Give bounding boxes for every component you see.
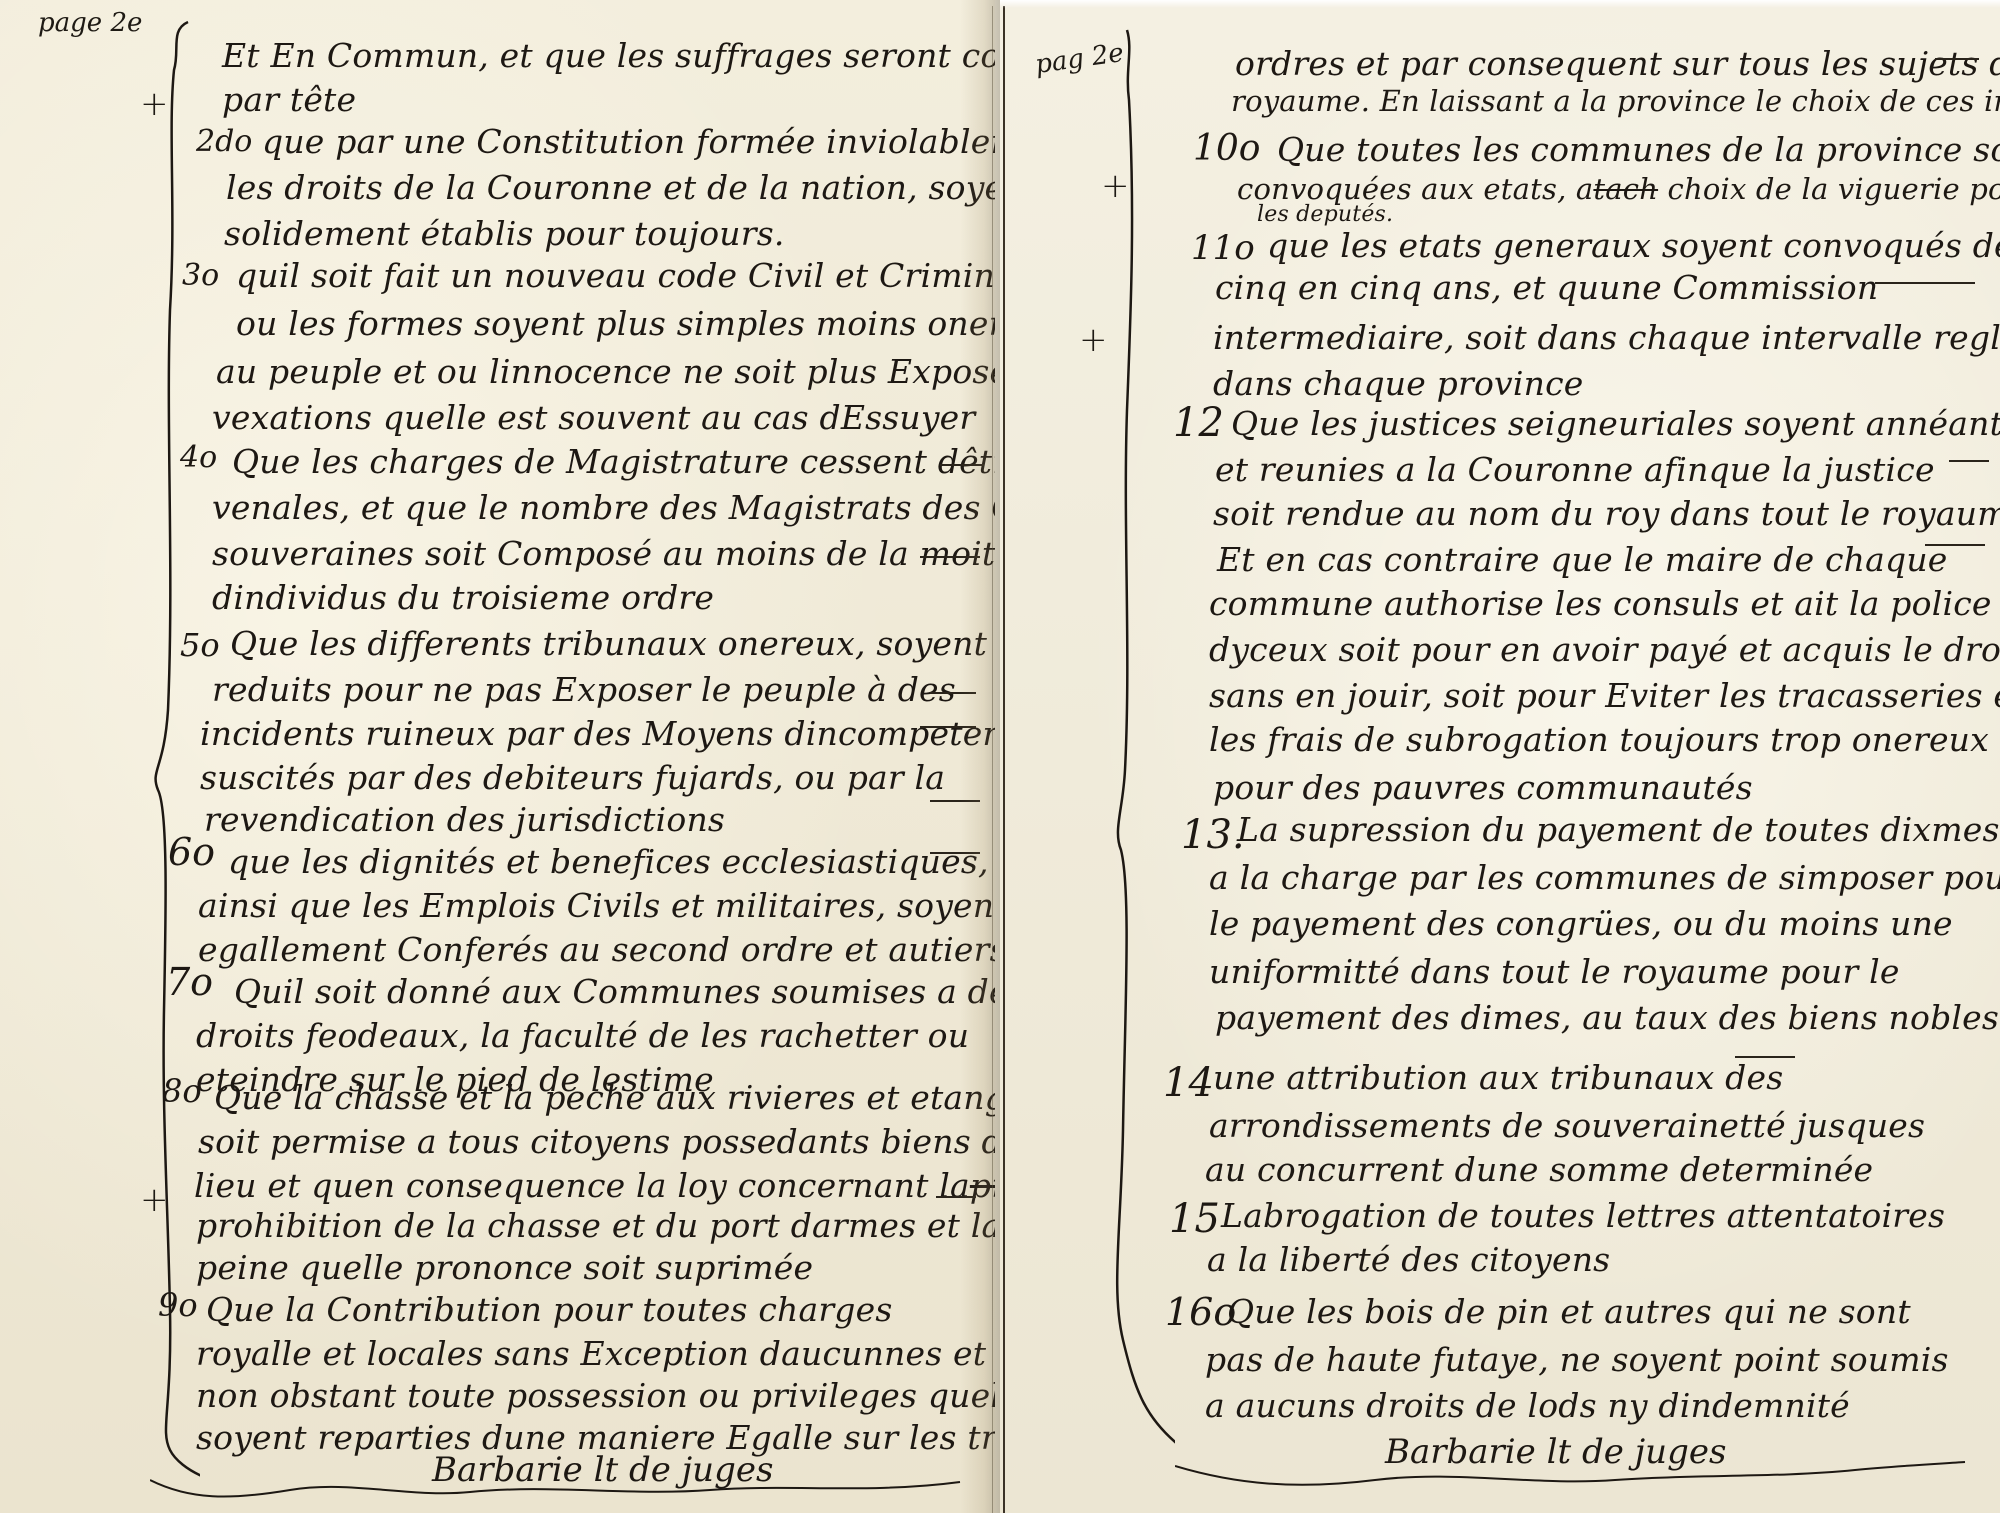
item-number: 14: [1163, 1060, 1214, 1106]
text-line: La supression du payement de toutes dixm…: [1237, 810, 2000, 849]
text-line: droits feodeaux, la faculté de les rache…: [196, 1016, 969, 1055]
text-line: Que les bois de pin et autres qui ne son…: [1227, 1292, 1911, 1331]
line-filler-dash: [1949, 460, 1989, 462]
text-line: Que la Contribution pour toutes charges: [206, 1290, 893, 1329]
text-line: convoquées aux etats, atach choix de la …: [1237, 172, 2000, 206]
text-line: suscités par des debiteurs fujards, ou p…: [200, 758, 945, 797]
signature-flourish-icon: [150, 1470, 970, 1510]
text-line: pas de haute futaye, ne soyent point sou…: [1205, 1340, 1949, 1379]
item-number: 16o: [1165, 1290, 1236, 1334]
item-number: 2do: [196, 124, 252, 159]
signature-flourish-icon: [1175, 1450, 1975, 1500]
margin-plus-mark: +: [1101, 166, 1130, 206]
text-line: a aucuns droits de lods ny dindemnité: [1205, 1386, 1850, 1425]
line-filler-dash: [1935, 58, 1979, 60]
paper-top-edge: [1000, 0, 2000, 8]
margin-plus-mark: +: [140, 84, 169, 124]
text-line: quil soit fait un nouveau code Civil et …: [236, 256, 1025, 295]
margin-plus-mark: +: [1079, 320, 1108, 360]
text-line: Que les charges de Magistrature cessent …: [232, 442, 1028, 481]
text-line: ainsi que les Emplois Civils et militair…: [198, 886, 1008, 925]
manuscript-spread: page 2e + + Et En Commun, et que les suf…: [0, 0, 2000, 1513]
text-line-main: convoquées aux etats, a: [1237, 172, 1593, 206]
text-line: dindividus du troisieme ordre: [212, 578, 714, 617]
line-filler-dash: [1925, 544, 1985, 546]
text-line: Quil soit donné aux Communes soumises a …: [234, 972, 1026, 1011]
text-line: dans chaque province: [1213, 364, 1584, 403]
text-line: revendication des jurisdictions: [204, 800, 725, 839]
text-line-main: lieu et quen consequence la loy concerna…: [194, 1166, 970, 1205]
text-line: sans en jouir, soit pour Eviter les trac…: [1209, 676, 2000, 715]
text-line: par tête: [222, 80, 356, 119]
text-line: peine quelle prononce soit suprimée: [196, 1248, 813, 1287]
text-line: a la charge par les communes de simposer…: [1209, 858, 2000, 897]
text-line: pour des pauvres communautés: [1213, 768, 1753, 807]
page-gutter-shadow: [960, 0, 1000, 1513]
text-line: les deputés.: [1257, 202, 1393, 227]
left-page-label: page 2e: [38, 8, 142, 38]
text-line: et reunies a la Couronne afinque la just…: [1215, 450, 1935, 489]
text-line: reduits pour ne pas Exposer le peuple à …: [212, 670, 956, 709]
item-number: 10o: [1193, 128, 1260, 169]
text-line: Que les differents tribunaux onereux, so…: [230, 624, 987, 663]
line-filler-dash: [1735, 1056, 1795, 1058]
text-line: ordres et par consequent sur tous les su…: [1235, 44, 2000, 83]
text-line: egallement Conferés au second ordre et a…: [198, 930, 1007, 969]
page-edge-line: [992, 6, 993, 1513]
left-margin-bracket-icon: [140, 10, 200, 1510]
line-filler-dash: [1875, 282, 1975, 284]
text-line: vexations quelle est souvent au cas dEss…: [212, 398, 975, 437]
text-line: Que les justices seigneuriales soyent an…: [1231, 404, 2000, 443]
item-number: 13.: [1181, 812, 1245, 858]
text-line: Et en cas contraire que le maire de chaq…: [1217, 540, 1948, 579]
item-number: 7o: [166, 960, 213, 1004]
text-line: que les etats generaux soyent convoqués …: [1267, 226, 2000, 265]
right-margin-bracket-icon: [1105, 10, 1175, 1510]
page-fold-line: [1003, 6, 1005, 1513]
right-page: pag 2e + + ordres et par consequent sur …: [995, 0, 2000, 1513]
margin-plus-mark: +: [140, 1180, 169, 1220]
text-line: prohibition de la chasse et du port darm…: [196, 1206, 1001, 1245]
text-line: le payement des congrües, ou du moins un…: [1209, 904, 1953, 943]
text-line-continued: choix de la viguerie pour: [1658, 172, 2000, 206]
text-line: dyceux soit pour en avoir payé et acquis…: [1209, 630, 2000, 669]
text-line: au concurrent dune somme determinée: [1205, 1150, 1873, 1189]
item-number: 11o: [1191, 228, 1255, 268]
text-line: solidement établis pour toujours.: [224, 214, 785, 253]
text-line: lieu et quen consequence la loy concerna…: [194, 1166, 1059, 1205]
text-line: payement des dimes, au taux des biens no…: [1215, 998, 1999, 1037]
item-number: 5o: [180, 626, 220, 664]
struck-text: tach: [1593, 172, 1658, 206]
text-line: souveraines soit Composé au moins de la …: [212, 534, 1026, 573]
text-line: uniformitté dans tout le royaume pour le: [1209, 952, 1900, 991]
text-line: royaume. En laissant a la province le ch…: [1231, 84, 2000, 118]
item-number: 6o: [168, 830, 215, 874]
text-line: commune authorise les consuls et ait la …: [1209, 584, 1992, 623]
text-line: incidents ruineux par des Moyens dincomp…: [200, 714, 1042, 753]
text-line: Que la chasse et la peche aux rivieres e…: [214, 1078, 1023, 1117]
item-number: 4o: [180, 440, 217, 475]
text-line: une attribution aux tribunaux des: [1213, 1058, 1783, 1097]
item-number: 3o: [182, 258, 219, 293]
text-line: les droits de la Couronne et de la natio…: [226, 168, 1039, 207]
text-line: Labrogation de toutes lettres attentatoi…: [1221, 1196, 1945, 1235]
item-number: 15: [1169, 1196, 1220, 1242]
left-page: page 2e + + Et En Commun, et que les suf…: [0, 0, 995, 1513]
text-line: soit rendue au nom du roy dans tout le r…: [1213, 494, 2000, 533]
text-line: a la liberté des citoyens: [1207, 1240, 1610, 1279]
item-number: 8o: [162, 1072, 202, 1110]
text-line: que par une Constitution formée inviolab…: [262, 122, 1077, 161]
text-line: royalle et locales sans Exception daucun…: [196, 1334, 986, 1373]
text-line: arrondissements de souverainetté jusques: [1209, 1106, 1925, 1145]
text-line: les frais de subrogation toujours trop o…: [1209, 720, 1989, 759]
text-line: que les dignités et benefices ecclesiast…: [228, 842, 989, 881]
text-line: intermediaire, soit dans chaque interval…: [1213, 318, 2000, 357]
text-line: cinq en cinq ans, et quune Commission: [1215, 268, 1878, 307]
item-number: 9o: [158, 1286, 198, 1324]
text-line: Que toutes les communes de la province s…: [1277, 130, 2000, 169]
item-number: 12: [1173, 400, 1224, 446]
